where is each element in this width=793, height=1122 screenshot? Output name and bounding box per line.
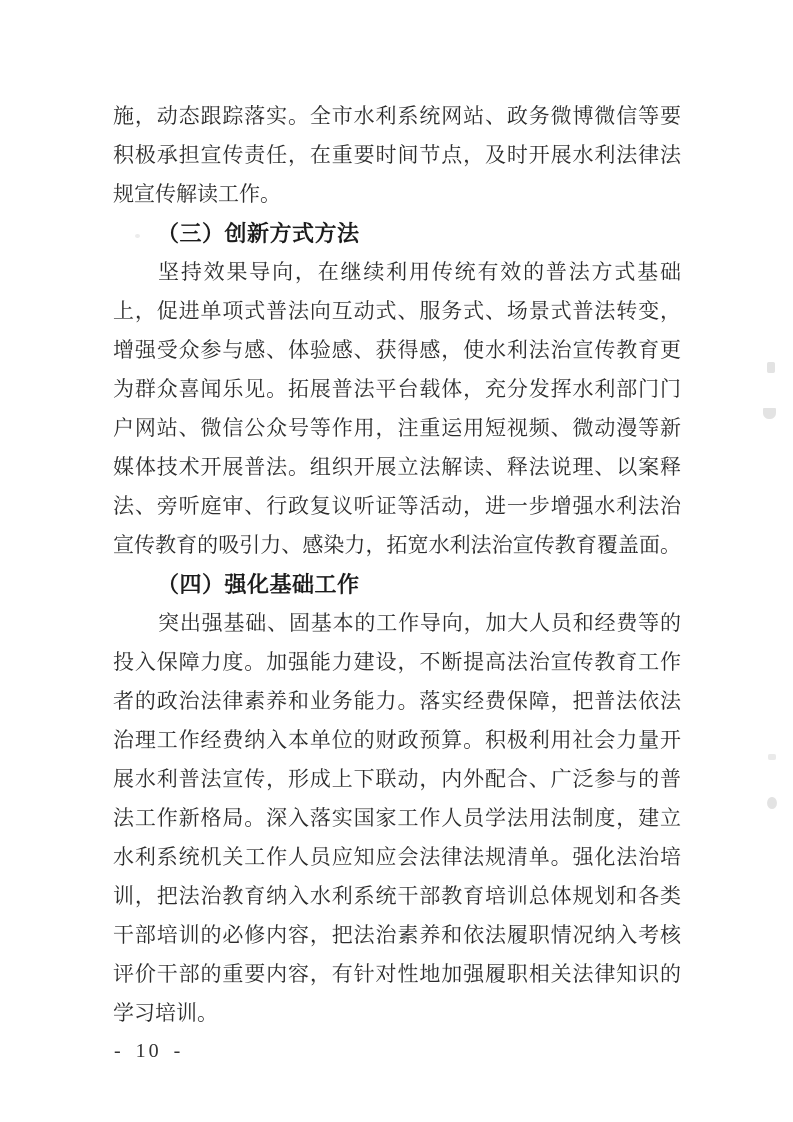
scan-artifact [763,408,776,419]
body-line: 法工作新格局。深入落实国家工作人员学法用法制度，建立 [113,799,681,838]
body-line: 训，把法治教育纳入水利系统干部教育培训总体规划和各类 [113,877,681,916]
section-heading-3-innovate-methods: （三）创新方式方法 [113,214,681,253]
body-line: 积极承担宣传责任，在重要时间节点，及时开展水利法律法 [113,136,681,175]
body-line: 规宣传解读工作。 [113,175,681,214]
page-number: - 10 - [114,1037,183,1065]
body-line: 干部培训的必修内容，把法治素养和依法履职情况纳入考核 [113,916,681,955]
body-line: 法、旁听庭审、行政复议听证等活动，进一步增强水利法治 [113,487,681,526]
body-line: 媒体技术开展普法。组织开展立法解读、释法说理、以案释 [113,448,681,487]
body-line: 上，促进单项式普法向互动式、服务式、场景式普法转变， [113,292,681,331]
body-line: 施，动态跟踪落实。全市水利系统网站、政务微博微信等要 [113,97,681,136]
document-page: 施，动态跟踪落实。全市水利系统网站、政务微博微信等要 积极承担宣传责任，在重要时… [0,0,793,1122]
section-heading-4-strengthen-foundation: （四）强化基础工作 [113,565,681,604]
body-line: 增强受众参与感、体验感、获得感，使水利法治宣传教育更 [113,331,681,370]
body-line: 为群众喜闻乐见。拓展普法平台载体，充分发挥水利部门门 [113,370,681,409]
body-line: 宣传教育的吸引力、感染力，拓宽水利法治宣传教育覆盖面。 [113,526,681,565]
body-line: 评价干部的重要内容，有针对性地加强履职相关法律知识的 [113,955,681,994]
body-line: 者的政治法律素养和业务能力。落实经费保障，把普法依法 [113,682,681,721]
body-line: 投入保障力度。加强能力建设，不断提高法治宣传教育工作 [113,643,681,682]
scan-artifact [768,754,776,760]
body-line: 户网站、微信公众号等作用，注重运用短视频、微动漫等新 [113,409,681,448]
body-line: 突出强基础、固基本的工作导向，加大人员和经费等的 [113,604,681,643]
scan-artifact [767,797,777,809]
body-line: 治理工作经费纳入本单位的财政预算。积极利用社会力量开 [113,721,681,760]
text-column: 施，动态跟踪落实。全市水利系统网站、政务微博微信等要 积极承担宣传责任，在重要时… [113,97,681,1033]
scan-artifact [767,362,775,373]
body-line: 展水利普法宣传，形成上下联动，内外配合、广泛参与的普 [113,760,681,799]
body-line: 学习培训。 [113,994,681,1033]
body-line: 水利系统机关工作人员应知应会法律法规清单。强化法治培 [113,838,681,877]
scan-artifact [135,234,140,238]
body-line: 坚持效果导向，在继续利用传统有效的普法方式基础 [113,253,681,292]
